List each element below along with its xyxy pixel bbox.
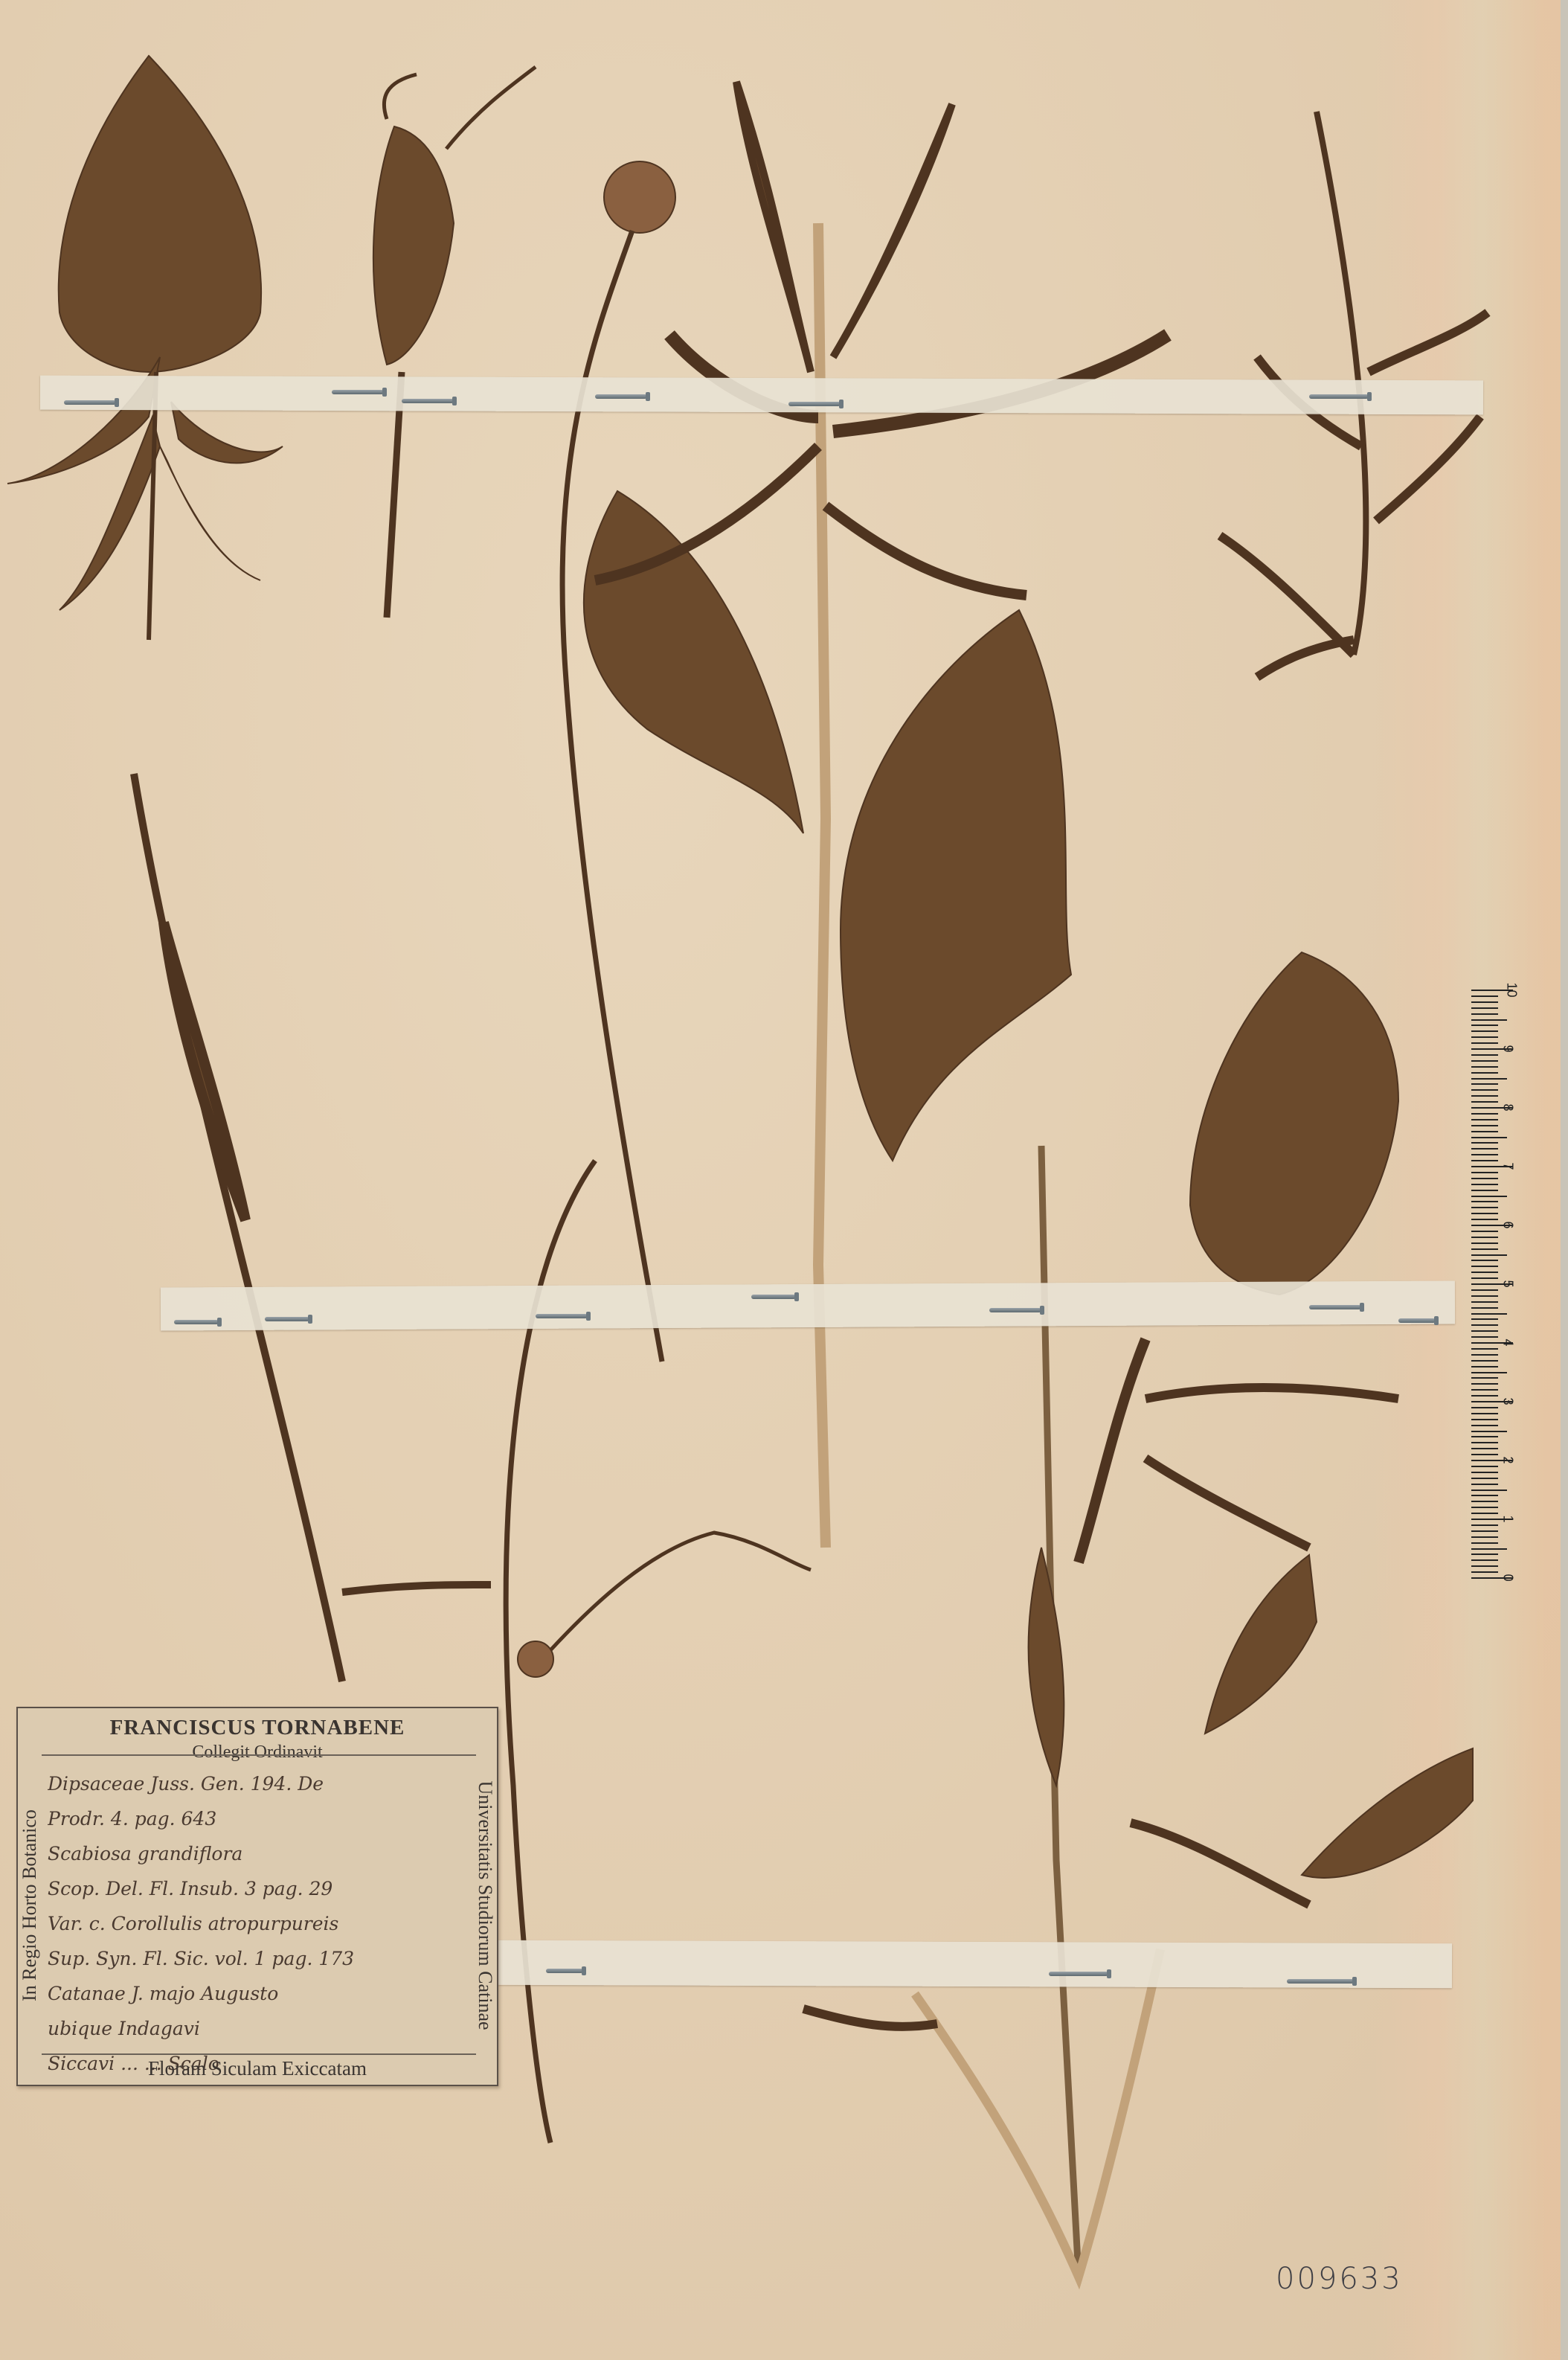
handwritten-line: Var. c. Corollulis atropurpureis (48, 1906, 475, 1941)
ruler-tick (1471, 1083, 1498, 1085)
ruler-tick (1471, 1419, 1498, 1420)
ruler-tick (1471, 1095, 1498, 1097)
mounting-pin (546, 1969, 583, 1973)
ruler-tick (1471, 1242, 1498, 1244)
ruler-tick (1471, 1407, 1498, 1408)
ruler-tick (1471, 1301, 1498, 1303)
ruler-tick (1471, 1237, 1498, 1238)
ruler-label: 8 (1500, 1103, 1516, 1111)
ruler-tick (1471, 1042, 1498, 1044)
leaf (1257, 640, 1354, 677)
leaf (1369, 312, 1488, 372)
mounting-tape (161, 1280, 1455, 1330)
ruler-tick (1471, 1548, 1507, 1550)
ruler-tick (1471, 1313, 1507, 1315)
ruler-tick (1471, 1536, 1498, 1538)
mounting-pin (1309, 1305, 1361, 1309)
ruler-label: 2 (1500, 1456, 1516, 1463)
ruler-tick (1471, 1348, 1498, 1350)
ruler-tick (1471, 1201, 1498, 1202)
leaf (736, 82, 811, 372)
ruler-tick (1471, 1559, 1498, 1561)
mounting-pin (1049, 1972, 1108, 1976)
ruler-tick (1471, 1054, 1498, 1056)
ruler-tick (1471, 1231, 1498, 1232)
ruler-tick (1471, 1025, 1498, 1026)
ruler-tick (1471, 1131, 1498, 1132)
ruler-tick (1471, 1119, 1498, 1120)
ruler-tick (1471, 1060, 1498, 1062)
ruler-tick (1471, 1254, 1507, 1256)
ruler-tick (1471, 1524, 1498, 1526)
ruler-tick (1471, 1113, 1498, 1115)
ruler-tick (1471, 1178, 1498, 1179)
ruler-tick (1471, 1019, 1507, 1021)
leaf (1302, 1748, 1473, 1878)
stem (134, 774, 342, 1681)
ruler-tick (1471, 1318, 1498, 1320)
ruler-tick (1471, 1330, 1498, 1332)
mounting-pin (265, 1317, 309, 1321)
ruler-tick (1471, 1260, 1498, 1261)
ruler-tick (1471, 1001, 1498, 1003)
leaf (826, 506, 1026, 595)
ruler-tick (1471, 1377, 1498, 1379)
ruler-tick (1471, 1277, 1498, 1279)
handwritten-line: Sup. Syn. Fl. Sic. vol. 1 pag. 173 (48, 1941, 475, 1976)
ruler-tick (1471, 1295, 1498, 1297)
ruler-tick (1471, 1289, 1498, 1291)
ruler-label: 0 (1500, 1574, 1516, 1581)
ruler-tick (1471, 1272, 1498, 1273)
mounting-pin (989, 1308, 1041, 1312)
mounting-tape (40, 376, 1483, 415)
ruler-tick (1471, 1507, 1498, 1508)
ruler-tick (1471, 1160, 1498, 1161)
ruler-tick (1471, 1307, 1498, 1309)
ruler-label: 9 (1500, 1045, 1516, 1052)
handwritten-line: Scabiosa grandiflora (48, 1836, 475, 1871)
ruler-tick (1471, 1553, 1498, 1555)
ruler-label: 5 (1500, 1280, 1516, 1287)
ruler-tick (1471, 1101, 1498, 1103)
ruler-tick (1471, 1190, 1498, 1191)
ruler-label: 3 (1500, 1397, 1516, 1405)
leaf (171, 402, 283, 463)
ruler-tick (1471, 1513, 1498, 1514)
leaf (1146, 1388, 1398, 1399)
label-side-right: Universitatis Studiorum Catinae (474, 1749, 496, 2062)
ruler-label: 6 (1500, 1221, 1516, 1228)
label-footer: Floram Siculam Exiccatam (18, 2057, 497, 2080)
ruler-tick (1471, 1389, 1498, 1391)
leaf (841, 610, 1071, 1161)
mounting-pin (174, 1320, 219, 1324)
ruler-tick (1471, 1089, 1498, 1091)
mounting-pin (1309, 394, 1369, 399)
mounting-pin (595, 394, 647, 399)
ruler-tick (1471, 1484, 1498, 1485)
ruler-label: 1 (1500, 1515, 1516, 1522)
leaf (1376, 417, 1480, 521)
ruler-tick (1471, 1266, 1498, 1267)
ruler-tick (1471, 1148, 1498, 1149)
mounting-pin (788, 402, 841, 406)
specimen-label: FRANCISCUS TORNABENE Collegit Ordinavit … (16, 1707, 498, 2086)
flower-head (518, 1641, 553, 1677)
ruler-tick (1471, 1248, 1498, 1250)
label-side-left: In Regio Horto Botanico (19, 1749, 41, 2062)
handwritten-line: Dipsaceae Juss. Gen. 194. De (48, 1766, 475, 1801)
ruler-tick (1471, 1196, 1507, 1197)
flower-head (604, 161, 675, 233)
leaf (1131, 1823, 1309, 1905)
ruler-tick (1471, 1565, 1498, 1567)
ruler-tick (1471, 1078, 1507, 1080)
ruler-tick (1471, 1413, 1498, 1414)
leaf (160, 446, 260, 580)
ruler-tick (1471, 1436, 1498, 1437)
ruler-tick (1471, 1472, 1498, 1473)
leaf (1190, 952, 1398, 1295)
ruler-tick (1471, 1372, 1507, 1373)
ruler-tick (1471, 1142, 1498, 1144)
mounting-pin (1287, 1979, 1354, 1984)
ruler-tick (1471, 1219, 1498, 1220)
mounting-pin (1398, 1318, 1436, 1323)
ruler-tick (1471, 1478, 1498, 1479)
leaf (59, 56, 261, 372)
ruler-label: 4 (1500, 1338, 1516, 1346)
mounting-pin (332, 390, 384, 394)
ruler-tick (1471, 1336, 1498, 1338)
ruler-tick (1471, 1448, 1498, 1449)
ruler-tick (1471, 1007, 1498, 1009)
ruler-label: 7 (1500, 1162, 1516, 1170)
leaf (1029, 1548, 1064, 1786)
mounting-pin (751, 1295, 796, 1299)
handwritten-line: Scop. Del. Fl. Insub. 3 pag. 29 (48, 1871, 475, 1906)
ruler-tick (1471, 1030, 1498, 1032)
ruler-tick (1471, 1154, 1498, 1155)
ruler-tick (1471, 1495, 1498, 1496)
leaf (803, 2009, 937, 2027)
main-stem (818, 223, 826, 1548)
handwritten-line: Prodr. 4. pag. 643 (48, 1801, 475, 1836)
ruler-tick (1471, 1072, 1498, 1074)
ruler-tick (1471, 1213, 1498, 1214)
ruler-tick (1471, 1207, 1498, 1208)
ruler-tick (1471, 1354, 1498, 1356)
ruler-tick (1471, 1066, 1498, 1068)
label-header: FRANCISCUS TORNABENE (18, 1716, 497, 1740)
flower-bud (164, 923, 245, 1220)
ruler-tick (1471, 1542, 1498, 1544)
ruler-tick (1471, 1530, 1498, 1532)
mounting-pin (402, 399, 454, 403)
ruler-tick (1471, 1501, 1498, 1502)
ruler-tick (1471, 1431, 1507, 1432)
ruler-tick (1471, 1366, 1498, 1367)
leaf (833, 104, 952, 357)
ruler-tick (1471, 1395, 1498, 1397)
ruler-tick (1471, 1442, 1498, 1443)
ruler-tick (1471, 1490, 1507, 1491)
leaf (1220, 536, 1354, 655)
ruler-tick (1471, 1036, 1498, 1038)
ruler-tick (1471, 1383, 1498, 1385)
ruler-tick (1471, 1137, 1507, 1138)
ruler-tick (1471, 1571, 1498, 1573)
leaf (1079, 1339, 1146, 1562)
herbarium-sheet: FRANCISCUS TORNABENE Collegit Ordinavit … (0, 0, 1561, 2360)
mounting-pin (536, 1314, 588, 1318)
leaf (1205, 1555, 1317, 1734)
scale-ruler: 012345678910 (1471, 990, 1516, 1585)
leaf (342, 1585, 491, 1592)
leaf (1146, 1458, 1309, 1548)
main-stem (915, 1949, 1160, 2277)
ruler-tick (1471, 1425, 1498, 1426)
ruler-label: 10 (1504, 982, 1520, 997)
flower-bud (373, 126, 454, 365)
ruler-tick (1471, 1184, 1498, 1185)
handwritten-line: ubique Indagavi (48, 2011, 475, 2046)
catalog-number: 009633 (1276, 2262, 1403, 2296)
ruler-tick (1471, 1454, 1498, 1455)
ruler-tick (1471, 1013, 1498, 1015)
ruler-tick (1471, 1466, 1498, 1467)
handwritten-line: Catanae J. majo Augusto (48, 1976, 475, 2011)
ruler-tick (1471, 1172, 1498, 1173)
mounting-pin (64, 400, 116, 405)
ruler-tick (1471, 1360, 1498, 1362)
handwritten-notes: Dipsaceae Juss. Gen. 194. De Prodr. 4. p… (48, 1766, 475, 2081)
ruler-tick (1471, 1324, 1498, 1326)
ruler-tick (1471, 995, 1498, 997)
ruler-tick (1471, 1125, 1498, 1126)
